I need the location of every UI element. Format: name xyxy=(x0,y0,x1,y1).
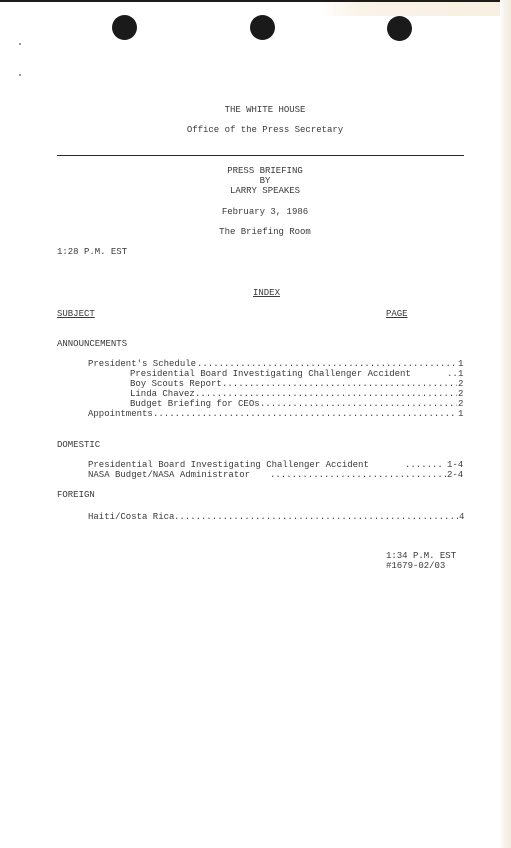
title-line-3: LARRY SPEAKES xyxy=(160,186,370,196)
entry-label: Presidential Board Investigating Challen… xyxy=(130,369,411,379)
index-entry: President's Schedule ...................… xyxy=(0,359,511,369)
entry-page: 1 xyxy=(458,359,463,369)
leader-dots: .................................. xyxy=(270,470,447,480)
entry-page: 2-4 xyxy=(447,470,463,480)
entry-label: Boy Scouts Report xyxy=(130,379,222,389)
header-divider xyxy=(57,155,464,156)
entry-page: 1 xyxy=(458,409,463,419)
index-entry: Presidential Board Investigating Challen… xyxy=(0,460,511,470)
leader-dots: ........................................… xyxy=(195,389,457,399)
entry-page: 2 xyxy=(458,379,463,389)
leader-dots: ........................................… xyxy=(174,512,458,522)
punch-hole-right xyxy=(387,16,412,41)
entry-label: Budget Briefing for CEOs xyxy=(130,399,260,409)
leader-dots: ........................................… xyxy=(222,379,457,389)
entry-page: 1 xyxy=(458,369,463,379)
index-title: INDEX xyxy=(253,288,280,298)
index-entry: Linda Chavez ...........................… xyxy=(0,389,511,399)
leader-dots: .. xyxy=(447,369,457,379)
leader-dots: ....... xyxy=(405,460,447,470)
leader-dots: ........................................… xyxy=(197,359,457,369)
section-heading-announcements: ANNOUNCEMENTS xyxy=(57,339,127,349)
paper-stain xyxy=(320,2,511,16)
index-entry: Appointments ...........................… xyxy=(0,409,511,419)
entry-label: Appointments xyxy=(88,409,153,419)
entry-page: 2 xyxy=(458,389,463,399)
index-entry: Presidential Board Investigating Challen… xyxy=(0,369,511,379)
index-entry: Boy Scouts Report ......................… xyxy=(0,379,511,389)
header-office: Office of the Press Secretary xyxy=(140,125,390,135)
entry-page: 1-4 xyxy=(447,460,463,470)
briefing-date: February 3, 1986 xyxy=(160,207,370,217)
leader-dots: ........................................… xyxy=(153,409,457,419)
punch-hole-left xyxy=(112,15,137,40)
entry-label: Linda Chavez xyxy=(130,389,195,399)
punch-hole-center xyxy=(250,15,275,40)
header-org: THE WHITE HOUSE xyxy=(160,105,370,115)
paper-right-edge xyxy=(500,0,511,848)
briefing-location: The Briefing Room xyxy=(160,227,370,237)
column-header-subject: SUBJECT xyxy=(57,309,95,319)
entry-label: Haiti/Costa Rica xyxy=(88,512,174,522)
index-entry: Haiti/Costa Rica .......................… xyxy=(0,512,511,522)
section-heading-foreign: FOREIGN xyxy=(57,490,95,500)
entry-page: 4 xyxy=(459,512,464,522)
column-header-page: PAGE xyxy=(386,309,408,319)
entry-label: NASA Budget/NASA Administrator xyxy=(88,470,250,480)
index-entry: Budget Briefing for CEOs ...............… xyxy=(0,399,511,409)
entry-label: President's Schedule xyxy=(88,359,196,369)
section-heading-domestic: DOMESTIC xyxy=(57,440,100,450)
scan-speck xyxy=(19,43,21,45)
scan-speck xyxy=(19,74,21,76)
leader-dots: ........................................… xyxy=(260,399,457,409)
title-line-1: PRESS BRIEFING xyxy=(160,166,370,176)
entry-label: Presidential Board Investigating Challen… xyxy=(88,460,369,470)
end-time: 1:34 P.M. EST xyxy=(386,551,456,561)
title-line-2: BY xyxy=(160,176,370,186)
index-entry: NASA Budget/NASA Administrator .........… xyxy=(0,470,511,480)
transcript-number: #1679-02/03 xyxy=(386,561,445,571)
start-time: 1:28 P.M. EST xyxy=(57,247,127,257)
entry-page: 2 xyxy=(458,399,463,409)
